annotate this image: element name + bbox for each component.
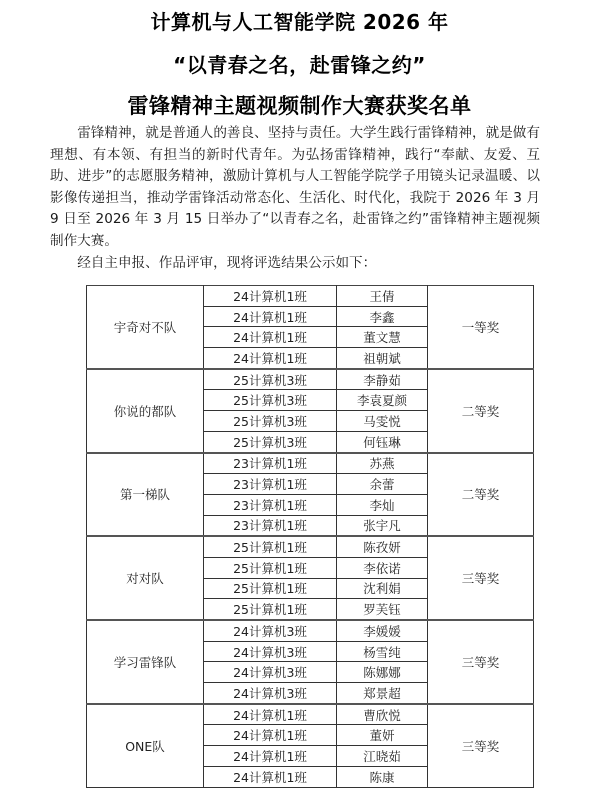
table-row: 第一梯队 23计算机1班 苏燕 二等奖 xyxy=(87,453,534,474)
name-cell: 李媛媛 xyxy=(337,620,428,641)
title-line-2: “以青春之名，赴雷锋之约” xyxy=(0,49,599,78)
class-cell: 23计算机1班 xyxy=(204,494,337,515)
name-cell: 江晓茹 xyxy=(337,746,428,767)
class-cell: 24计算机1班 xyxy=(204,704,337,725)
award-cell: 三等奖 xyxy=(428,536,534,620)
class-cell: 25计算机1班 xyxy=(204,536,337,557)
title-line-3: 雷锋精神主题视频制作大赛获奖名单 xyxy=(0,90,599,120)
name-cell: 余蕾 xyxy=(337,474,428,495)
name-cell: 李静茹 xyxy=(337,369,428,390)
class-cell: 23计算机1班 xyxy=(204,515,337,536)
award-table: 宇奇对不队 24计算机1班 王倩 一等奖 24计算机1班 李鑫 24计算机1班 … xyxy=(86,285,534,788)
class-cell: 25计算机3班 xyxy=(204,390,337,411)
class-cell: 24计算机1班 xyxy=(204,348,337,369)
class-cell: 25计算机1班 xyxy=(204,578,337,599)
class-cell: 24计算机3班 xyxy=(204,662,337,683)
class-cell: 24计算机1班 xyxy=(204,746,337,767)
team-cell: 对对队 xyxy=(87,536,204,620)
award-cell: 一等奖 xyxy=(428,286,534,369)
announcement-paragraph: 经自主申报、作品评审，现将评选结果公示如下： xyxy=(50,253,540,275)
class-cell: 25计算机1班 xyxy=(204,599,337,620)
class-cell: 24计算机1班 xyxy=(204,327,337,348)
name-cell: 陈康 xyxy=(337,766,428,787)
table-row: 你说的都队 25计算机3班 李静茹 二等奖 xyxy=(87,369,534,390)
name-cell: 祖朝斌 xyxy=(337,348,428,369)
class-cell: 24计算机3班 xyxy=(204,620,337,641)
award-cell: 二等奖 xyxy=(428,369,534,453)
name-cell: 陈孜妍 xyxy=(337,536,428,557)
name-cell: 王倩 xyxy=(337,286,428,307)
name-cell: 罗芙钰 xyxy=(337,599,428,620)
team-cell: 你说的都队 xyxy=(87,369,204,453)
class-cell: 25计算机1班 xyxy=(204,557,337,578)
class-cell: 24计算机1班 xyxy=(204,306,337,327)
name-cell: 郑景超 xyxy=(337,683,428,704)
name-cell: 张宇凡 xyxy=(337,515,428,536)
team-cell: 第一梯队 xyxy=(87,453,204,537)
name-cell: 曹欣悦 xyxy=(337,704,428,725)
name-cell: 马雯悦 xyxy=(337,411,428,432)
name-cell: 陈娜娜 xyxy=(337,662,428,683)
intro-paragraph: 雷锋精神，就是普通人的善良、坚持与责任。大学生践行雷锋精神，就是做有理想、有本领… xyxy=(50,123,540,252)
name-cell: 董妍 xyxy=(337,725,428,746)
class-cell: 24计算机3班 xyxy=(204,641,337,662)
table-row: 宇奇对不队 24计算机1班 王倩 一等奖 xyxy=(87,286,534,307)
team-cell: 宇奇对不队 xyxy=(87,286,204,369)
team-cell: ONE队 xyxy=(87,704,204,787)
class-cell: 24计算机1班 xyxy=(204,766,337,787)
title-line-1: 计算机与人工智能学院 2026 年 xyxy=(0,6,599,35)
team-cell: 学习雷锋队 xyxy=(87,620,204,704)
name-cell: 沈利娟 xyxy=(337,578,428,599)
class-cell: 24计算机1班 xyxy=(204,725,337,746)
class-cell: 23计算机1班 xyxy=(204,474,337,495)
name-cell: 董文慧 xyxy=(337,327,428,348)
name-cell: 李依诺 xyxy=(337,557,428,578)
class-cell: 25计算机3班 xyxy=(204,369,337,390)
award-cell: 三等奖 xyxy=(428,620,534,704)
class-cell: 23计算机1班 xyxy=(204,453,337,474)
table-row: 对对队 25计算机1班 陈孜妍 三等奖 xyxy=(87,536,534,557)
name-cell: 李鑫 xyxy=(337,306,428,327)
name-cell: 李袁夏颜 xyxy=(337,390,428,411)
name-cell: 杨雪纯 xyxy=(337,641,428,662)
class-cell: 25计算机3班 xyxy=(204,431,337,452)
award-cell: 三等奖 xyxy=(428,704,534,787)
name-cell: 苏燕 xyxy=(337,453,428,474)
table-row: ONE队 24计算机1班 曹欣悦 三等奖 xyxy=(87,704,534,725)
name-cell: 李灿 xyxy=(337,494,428,515)
class-cell: 24计算机1班 xyxy=(204,286,337,307)
table-row: 学习雷锋队 24计算机3班 李媛媛 三等奖 xyxy=(87,620,534,641)
award-cell: 二等奖 xyxy=(428,453,534,537)
class-cell: 25计算机3班 xyxy=(204,411,337,432)
class-cell: 24计算机3班 xyxy=(204,683,337,704)
name-cell: 何钰琳 xyxy=(337,431,428,452)
